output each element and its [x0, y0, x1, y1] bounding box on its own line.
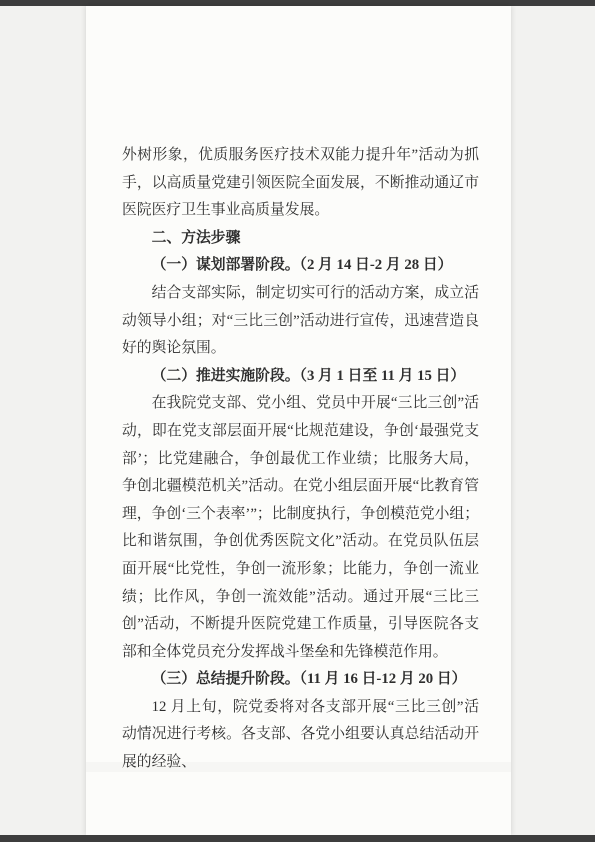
paragraph-stage-1-body: 结合支部实际，制定切实可行的活动方案，成立活动领导小组；对“三比三创”活动进行宣…: [122, 280, 479, 363]
section-heading-methods-steps: 二、方法步骤: [122, 225, 479, 253]
scanner-edge-band-bottom: [0, 835, 595, 842]
document-page: 外树形象，优质服务医疗技术双能力提升年”活动为抓手，以高质量党建引领医院全面发展…: [86, 6, 511, 835]
stage-subheading-2-implementation: （二）推进实施阶段。（3 月 1 日至 11 月 15 日）: [122, 363, 479, 391]
stage-subheading-1-planning: （一）谋划部署阶段。（2 月 14 日-2 月 28 日）: [122, 252, 479, 280]
stage-subheading-3-summary: （三）总结提升阶段。（11 月 16 日-12 月 20 日）: [122, 666, 479, 694]
paragraph-stage-3-body: 12 月上旬，院党委将对各支部开展“三比三创”活动情况进行考核。各支部、各党小组…: [122, 694, 479, 777]
document-text-block: 外树形象，优质服务医疗技术双能力提升年”活动为抓手，以高质量党建引领医院全面发展…: [122, 142, 479, 777]
paragraph-stage-2-body: 在我院党支部、党小组、党员中开展“三比三创”活动，即在党支部层面开展“比规范建设…: [122, 390, 479, 666]
paragraph-continuation: 外树形象，优质服务医疗技术双能力提升年”活动为抓手，以高质量党建引领医院全面发展…: [122, 142, 479, 225]
